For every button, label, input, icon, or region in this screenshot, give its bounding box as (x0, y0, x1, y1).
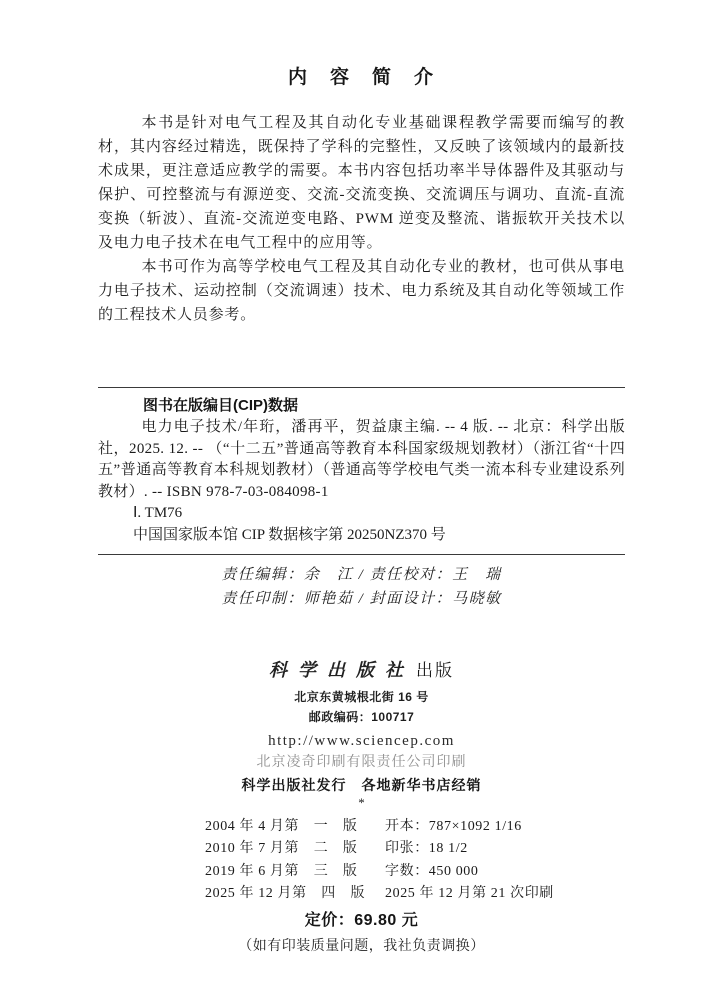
publisher-postcode: 邮政编码：100717 (98, 710, 625, 725)
cip-box: 图书在版编目(CIP)数据 电力电子技术/年珩，潘再平，贺益康主编. -- 4 … (98, 387, 625, 555)
edition-date: 2025 年 12 月第 四 版 (205, 883, 385, 905)
edition-history-table: 2004 年 4 月第 一 版 开本：787×1092 1/16 2010 年 … (98, 816, 625, 906)
credits-editors-line: 责任编辑：余 江 / 责任校对：王 瑞 (98, 564, 625, 588)
printing-run-spec: 2025 年 12 月第 21 次印刷 (385, 883, 625, 905)
staff-credits: 责任编辑：余 江 / 责任校对：王 瑞 责任印制：师艳茹 / 封面设计：马晓敏 (98, 564, 625, 611)
copyright-page: 内 容 简 介 本书是针对电气工程及其自动化专业基础课程教学需要而编写的教材，其… (0, 0, 720, 1000)
intro-title: 内 容 简 介 (98, 66, 625, 90)
cip-heading: 图书在版编目(CIP)数据 (98, 395, 625, 417)
edition-row: 2025 年 12 月第 四 版 2025 年 12 月第 21 次印刷 (98, 883, 625, 905)
edition-date: 2019 年 6 月第 三 版 (205, 861, 385, 883)
publisher-block: 科学出版社出版 北京东黄城根北街 16 号 邮政编码：100717 http:/… (98, 658, 625, 810)
sheets-spec: 印张：18 1/2 (385, 838, 625, 860)
credits-printing-line: 责任印制：师艳茹 / 封面设计：马晓敏 (98, 588, 625, 612)
edition-row: 2004 年 4 月第 一 版 开本：787×1092 1/16 (98, 816, 625, 838)
edition-row: 2019 年 6 月第 三 版 字数：450 000 (98, 861, 625, 883)
cip-description: 电力电子技术/年珩，潘再平，贺益康主编. -- 4 版. -- 北京：科学出版社… (98, 417, 625, 503)
cip-classification-number: Ⅰ. TM76 (98, 503, 625, 525)
edition-date: 2010 年 7 月第 二 版 (205, 838, 385, 860)
format-spec: 开本：787×1092 1/16 (385, 816, 625, 838)
publisher-name: 科学出版社 (269, 660, 414, 680)
publisher-name-line: 科学出版社出版 (98, 658, 625, 684)
publisher-address: 北京东黄城根北街 16 号 (98, 690, 625, 705)
price-line: 定价：69.80 元 (98, 911, 625, 931)
page-content: 内 容 简 介 本书是针对电气工程及其自动化专业基础课程教学需要而编写的教材，其… (0, 66, 720, 956)
wordcount-spec: 字数：450 000 (385, 861, 625, 883)
edition-date: 2004 年 4 月第 一 版 (205, 816, 385, 838)
intro-paragraph-1: 本书是针对电气工程及其自动化专业基础课程教学需要而编写的教材，其内容经过精选，既… (98, 111, 625, 255)
distribution-line: 科学出版社发行 各地新华书店经销 (98, 776, 625, 794)
separator-star: * (98, 796, 625, 810)
intro-paragraph-2: 本书可作为高等学校电气工程及其自动化专业的教材，也可供从事电力电子技术、运动控制… (98, 255, 625, 327)
cip-record-number: 中国国家版本馆 CIP 数据核字第 20250NZ370 号 (98, 525, 625, 547)
quality-note: （如有印装质量问题，我社负责调换） (98, 938, 625, 956)
printer-line: 北京凌奇印刷有限责任公司印刷 (98, 754, 625, 772)
publisher-website: http://www.sciencep.com (98, 732, 625, 750)
publisher-suffix: 出版 (416, 661, 454, 680)
edition-row: 2010 年 7 月第 二 版 印张：18 1/2 (98, 838, 625, 860)
